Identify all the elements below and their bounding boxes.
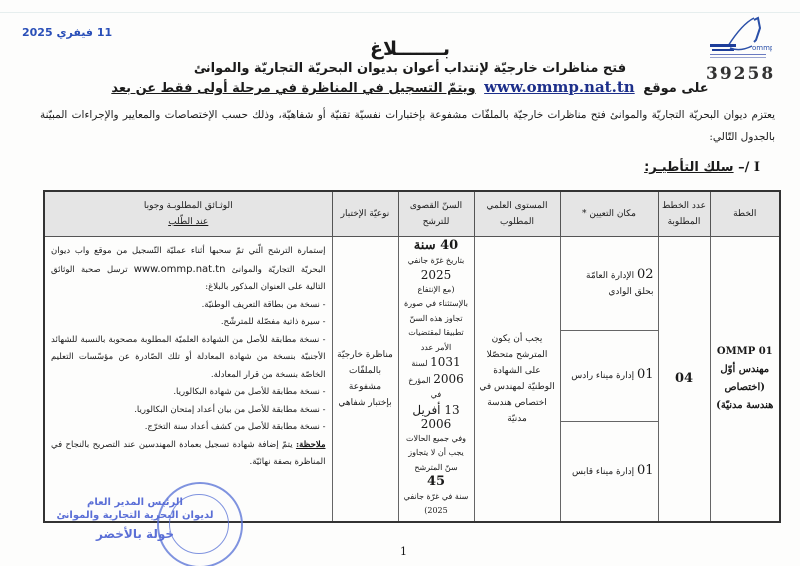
cell-count: 04	[658, 237, 710, 522]
registration-line: على موقع www.ommp.nat.tn ويتمّ التسجيل ف…	[100, 78, 720, 98]
list-item: - سيرة ذاتية مفصّلة للمترشّح.	[51, 314, 326, 332]
docs-note: ملاحظة: يتمّ إضافة شهادة تسجيل بعمادة ال…	[51, 437, 326, 472]
list-item: - نسخة مطابقة للأصل من كشف أعداد سنة الت…	[51, 419, 326, 437]
cell-placement-2: 01 إدارة ميناء رادس	[560, 330, 658, 421]
cell-age: 40 سنة بتاريخ غرّة جانفي 2025 (مع الإنتف…	[398, 237, 474, 522]
table-row: OMMP 01 مهندس أوّل (اختصاص هندسة مدنيّة)…	[44, 237, 780, 331]
website-link[interactable]: www.ommp.nat.tn	[484, 78, 635, 96]
header-post: الخطة	[710, 191, 780, 237]
post-code: OMMP 01	[715, 343, 776, 361]
intro-paragraph: يعتزم ديوان البحريّة التجاريّة والموانئ …	[40, 104, 775, 148]
post-title: مهندس أوّل	[715, 361, 776, 379]
header-test: نوعيّة الإختبار	[332, 191, 398, 237]
header-docs: الوثـائق المطلوبـة وجوبا عند الطّلب	[44, 191, 332, 237]
table-header-row: الخطة عدد الخطط المطلوبة مكان التعيين * …	[44, 191, 780, 237]
section-number: I /–	[738, 160, 760, 175]
list-item: - نسخة من بطاقة التعريف الوطنيّة.	[51, 297, 326, 315]
signatory-name: خولة بالأخضر	[40, 528, 230, 541]
list-item: - نسخة مطابقة للأصل من بيان أعداد إمتحان…	[51, 402, 326, 420]
docs-website-link[interactable]: www.ommp.nat.tn	[134, 264, 226, 275]
cell-placement-3: 01 إدارة ميناء قابس	[560, 421, 658, 521]
page-edge-line	[0, 12, 800, 13]
cell-post: OMMP 01 مهندس أوّل (اختصاص هندسة مدنيّة)	[710, 237, 780, 522]
post-specialty: (اختصاص هندسة مدنيّة)	[715, 379, 776, 415]
cell-placement-1: 02 الإدارة العامّة بحلق الوادي	[560, 237, 658, 331]
announcement-title: بـــــــلاغ	[100, 38, 720, 60]
announcement-header: بـــــــلاغ فتح مناظرات خارجيّة لإنتداب …	[100, 38, 720, 98]
header-docs-line2: عند الطّلب	[48, 214, 329, 230]
list-item: - نسخة مطابقة للأصل من شهادة البكالوريا.	[51, 384, 326, 402]
registration-suffix: ويتمّ التسجيل في المناظرة في مرحلة أولى …	[111, 81, 475, 96]
cell-test: مناظرة خارجيّة بالملفّات مشفوعة بإختبار …	[332, 237, 398, 522]
cell-docs: إستمارة الترشح الّتي تمّ سحبها أثناء عمل…	[44, 237, 332, 522]
header-placement: مكان التعيين *	[560, 191, 658, 237]
signature-block: الرئيس المدير العام لديوان البحرية التجا…	[40, 496, 230, 541]
registration-prefix: على موقع	[643, 81, 708, 96]
header-count: عدد الخطط المطلوبة	[658, 191, 710, 237]
header-docs-line1: الوثـائق المطلوبـة وجوبا	[48, 198, 329, 214]
signatory-title: الرئيس المدير العام	[40, 496, 230, 509]
signatory-org: لديوان البحرية التجارية والموانئ	[40, 509, 230, 522]
page-number: 1	[400, 545, 407, 558]
section-heading: I /– سلك التأطيـر:	[644, 160, 760, 175]
announcement-subtitle: فتح مناظرات خارجيّة لإنتداب أعوان بديوان…	[100, 60, 720, 78]
positions-table: الخطة عدد الخطط المطلوبة مكان التعيين * …	[43, 190, 781, 523]
header-age: السنّ القصوى للترشح	[398, 191, 474, 237]
cell-level: يجب أن يكون المترشح متحصّلا على الشهادة …	[474, 237, 560, 522]
received-date-stamp: 11 فيفري 2025	[22, 26, 112, 39]
list-item: - نسخة مطابقة للأصل من الشهادة العلميّة …	[51, 332, 326, 385]
section-label: سلك التأطيـر:	[644, 160, 734, 175]
svg-text:ommp: ommp	[752, 44, 772, 52]
header-level: المستوى العلمي المطلوب	[474, 191, 560, 237]
